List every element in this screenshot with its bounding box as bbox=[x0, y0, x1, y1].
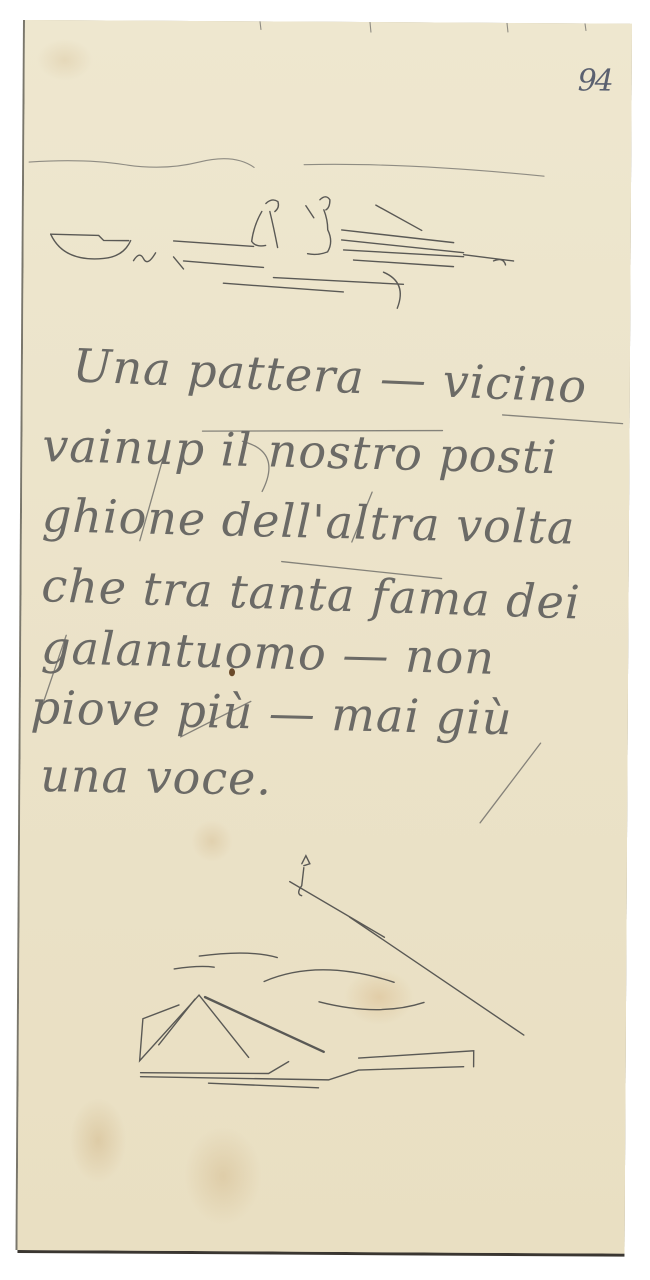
top-sketch-shore-figures bbox=[23, 20, 632, 324]
handwriting-line-2: vainup il nostro posti bbox=[42, 418, 558, 484]
handwriting-line-1: Una pattera — vicino bbox=[72, 338, 588, 413]
page-number: 94 bbox=[578, 63, 612, 98]
notebook-page: 94 Una pattera — bbox=[17, 20, 632, 1254]
handwriting-line-6: piove più — mai giù bbox=[30, 680, 513, 745]
ink-spot bbox=[229, 668, 235, 676]
handwriting-line-7: una voce. bbox=[40, 748, 272, 805]
handwriting-line-4: che tra tanta fama dei bbox=[41, 558, 582, 629]
handwriting-line-3: ghione dell'altra volta bbox=[41, 488, 576, 555]
handwriting-line-5: galantuomo — non bbox=[41, 620, 496, 685]
